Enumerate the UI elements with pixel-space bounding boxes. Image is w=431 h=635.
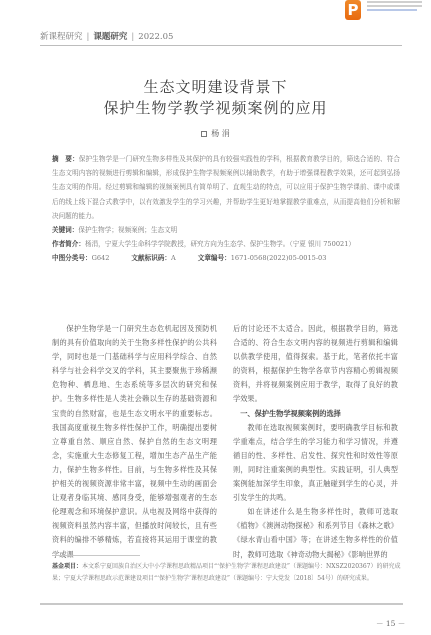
- classification-row: 中图分类号：G642 文献标识码：A 文章编号：1671-0568(2022)0…: [52, 251, 400, 265]
- author-name: 杨 涓: [211, 129, 230, 138]
- bottom-divider: [40, 603, 403, 605]
- body-column-right: 后的讨论还不太适合。因此，根据教学目的，筛选合适的、符合生态文明内容的视频进行剪…: [233, 322, 398, 562]
- article-number: 文章编号：1671-0568(2022)05-0015-03: [198, 251, 327, 265]
- article-title: 生态文明建设背景下 保护生物学教学视频案例的应用: [0, 77, 431, 119]
- doc-code: 文献标识码：A: [131, 251, 175, 265]
- footnote: 基金项目：本文系宁夏回族自治区大中小学课程思政精品项目“‘保护生物学’课程思政建…: [52, 561, 402, 585]
- running-header: 新课程研究 | 课题研究 | 2022.05: [40, 25, 402, 46]
- keywords-label: 关键词：: [52, 226, 78, 234]
- footnote-text: 本文系宁夏回族自治区大中小学课程思政精品项目“‘保护生物学’课程思政建设”（课题…: [52, 563, 401, 582]
- abstract-text: 保护生物学是一门研究生物多样性及其保护的具有较强实践性的学科，根据教育教学目的，…: [52, 155, 400, 220]
- clc: 中图分类号：G642: [52, 251, 109, 265]
- watermark: P: [345, 0, 431, 24]
- author-info-label: 作者简介：: [52, 240, 85, 248]
- abstract-section: 摘 要：保护生物学是一门研究生物多样性及其保护的具有较强实践性的学科，根据教育教…: [52, 152, 400, 266]
- footnote-divider: [52, 555, 140, 556]
- abstract-label: 摘 要：: [52, 155, 79, 163]
- watermark-text: [367, 1, 422, 24]
- journal-name: 新课程研究: [40, 30, 83, 42]
- header-separator: |: [87, 32, 90, 42]
- footnote-label: 基金项目：: [52, 563, 82, 570]
- pdf-app-logo-icon: P: [345, 0, 361, 20]
- section-heading: 一、保护生物学视频案例的选择: [233, 407, 398, 421]
- header-separator: |: [131, 32, 134, 42]
- author-info: 作者简介：杨涓，宁夏大学生命科学学院教授，研究方向为生态学、保护生物学。（宁夏 …: [52, 237, 400, 251]
- title-line-1: 生态文明建设背景下: [0, 77, 431, 98]
- page-number: － 15 －: [376, 618, 405, 629]
- keywords-text: 保护生物学；视频案例；生态文明: [78, 226, 177, 234]
- author-byline: 杨 涓: [0, 128, 431, 139]
- title-line-2: 保护生物学教学视频案例的应用: [0, 98, 431, 119]
- abstract: 摘 要：保护生物学是一门研究生物多样性及其保护的具有较强实践性的学科，根据教育教…: [52, 152, 400, 223]
- body-paragraph: 教师在选取视频案例时，要明确教学目标和教学重难点，结合学生的学习能力和学习情况，…: [233, 421, 398, 506]
- issue-date: 2022.05: [138, 32, 173, 42]
- body-paragraph: 保护生物学是一门研究生态危机起因及预防机制的具有价值取向的关于生物多样性保护的公…: [52, 322, 217, 562]
- body-column-left: 保护生物学是一门研究生态危机起因及预防机制的具有价值取向的关于生物多样性保护的公…: [52, 322, 217, 562]
- body-paragraph: 如在讲述什么是生物多样性时，教师可选取《植物》《澳洲动物探秘》和系列节目《森林之…: [233, 505, 398, 561]
- square-bullet-icon: [201, 131, 207, 137]
- keywords: 关键词：保护生物学；视频案例；生态文明: [52, 223, 400, 237]
- author-info-text: 杨涓，宁夏大学生命科学学院教授，研究方向为生态学、保护生物学。（宁夏 银川 75…: [85, 240, 355, 248]
- body-paragraph: 后的讨论还不太适合。因此，根据教学目的，筛选合适的、符合生态文明内容的视频进行剪…: [233, 322, 398, 407]
- column-name: 课题研究: [93, 30, 127, 42]
